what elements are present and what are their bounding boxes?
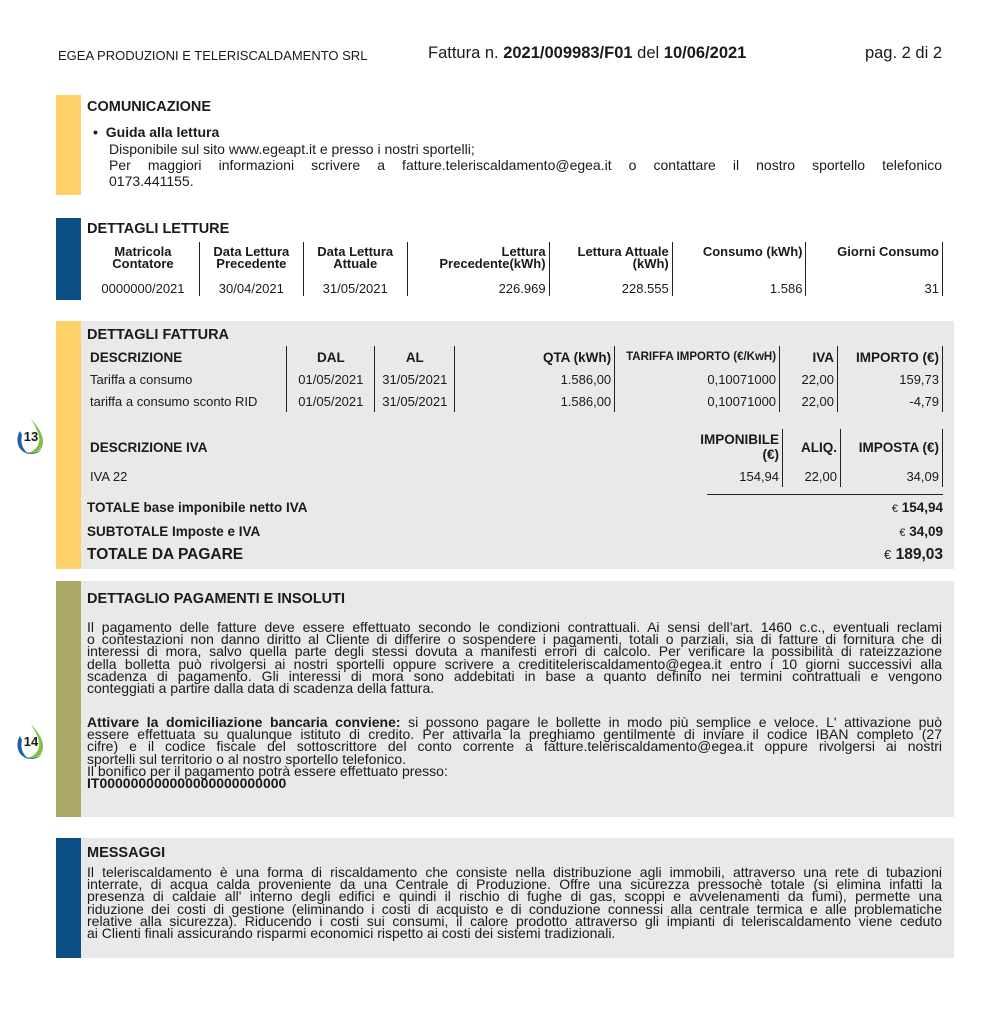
table-cell: 31/05/2021 xyxy=(375,368,455,390)
table-cell: 01/05/2021 xyxy=(287,368,375,390)
iban: IT000000000000000000000000 xyxy=(87,777,942,789)
table-cell: 31/05/2021 xyxy=(375,390,455,412)
badge-number: 14 xyxy=(14,734,48,749)
column-header: ALIQ. xyxy=(783,429,841,465)
section-color-bar xyxy=(56,218,81,300)
table-cell: 34,09 xyxy=(841,465,943,487)
direct-debit-paragraph: Attivare la domiciliazione bancaria conv… xyxy=(87,716,942,789)
table-row: tariffa a consumo sconto RID01/05/202131… xyxy=(87,390,943,412)
bullet-heading: • Guida alla lettura xyxy=(93,124,219,140)
table-cell: 0,10071000 xyxy=(615,368,780,390)
table-cell: 01/05/2021 xyxy=(287,390,375,412)
column-header-line: Precedente(kWh) xyxy=(411,258,546,270)
table-cell: 159,73 xyxy=(838,368,943,390)
table-cell: 1.586,00 xyxy=(455,390,615,412)
section-letture: DETTAGLI LETTURE MatricolaContatoreData … xyxy=(56,218,954,300)
table-cell: 31/05/2021 xyxy=(303,274,407,296)
paragraph-line: ai Clienti finali assicurando risparmi e… xyxy=(87,927,942,939)
section-title: MESSAGGI xyxy=(87,845,165,861)
payment-terms-paragraph: Il pagamento delle fatture deve essere e… xyxy=(87,621,942,694)
column-header: AL xyxy=(375,346,455,368)
section-title: DETTAGLI FATTURA xyxy=(87,327,229,343)
column-header-line: (kWh) xyxy=(553,258,669,270)
table-cell: IVA 22 xyxy=(87,465,678,487)
bullet-title: Guida alla lettura xyxy=(106,124,220,140)
paragraph-line: conteggiati a partire dalla data di scad… xyxy=(87,682,942,694)
column-header: IVA xyxy=(780,346,838,368)
page-number: pag. 2 di 2 xyxy=(865,44,942,63)
column-header: DESCRIZIONE IVA xyxy=(87,429,678,465)
info-line: Per maggiori informazioni scrivere a fat… xyxy=(109,157,942,173)
column-header-line: Contatore xyxy=(90,258,196,270)
column-header: IMPOSTA (€) xyxy=(841,429,943,465)
section-color-bar xyxy=(56,321,81,569)
totals-divider xyxy=(707,494,943,495)
column-header-line: Attuale xyxy=(307,258,404,270)
total-label: TOTALE xyxy=(87,500,140,515)
section-fattura: DETTAGLI FATTURA DESCRIZIONEDALALQTA (kW… xyxy=(56,321,954,569)
column-header: Lettura Attuale(kWh) xyxy=(549,242,672,274)
table-row: Tariffa a consumo01/05/202131/05/20211.5… xyxy=(87,368,943,390)
table-cell: 228.555 xyxy=(549,274,672,296)
section-title: COMUNICAZIONE xyxy=(87,99,211,115)
table-row: 0000000/202130/04/202131/05/2021226.9692… xyxy=(87,274,943,296)
badge-13-icon: 13 xyxy=(14,417,48,457)
currency-symbol: € xyxy=(892,503,898,515)
column-header-line: Precedente xyxy=(203,258,300,270)
column-header: Data LetturaPrecedente xyxy=(199,242,303,274)
table-cell: Tariffa a consumo xyxy=(87,368,287,390)
section-title: DETTAGLIO PAGAMENTI E INSOLUTI xyxy=(87,591,345,607)
currency-symbol: € xyxy=(884,547,891,562)
table-cell: -4,79 xyxy=(838,390,943,412)
column-header: QTA (kWh) xyxy=(455,346,615,368)
invoice-lines-table: DESCRIZIONEDALALQTA (kWh)TARIFFA IMPORTO… xyxy=(87,346,943,412)
invoice-number: 2021/009983/F01 xyxy=(503,44,632,62)
table-cell: 0,10071000 xyxy=(615,390,780,412)
column-header: IMPORTO (€) xyxy=(838,346,943,368)
column-header-line: Consumo (kWh) xyxy=(676,246,803,258)
section-comunicazione: COMUNICAZIONE • Guida alla lettura Dispo… xyxy=(56,95,954,195)
column-header-line: Giorni Consumo xyxy=(809,246,939,258)
table-cell: 226.969 xyxy=(407,274,549,296)
table-cell: tariffa a consumo sconto RID xyxy=(87,390,287,412)
table-cell: 22,00 xyxy=(780,390,838,412)
column-header: Giorni Consumo xyxy=(806,242,943,274)
invoice-del: del xyxy=(633,44,664,62)
vat-table: DESCRIZIONE IVAIMPONIBILE (€)ALIQ.IMPOST… xyxy=(87,429,943,487)
column-header: DESCRIZIONE xyxy=(87,346,287,368)
info-line: 0173.441155. xyxy=(109,173,942,189)
table-cell: 0000000/2021 xyxy=(87,274,199,296)
total-label: TOTALE DA PAGARE xyxy=(87,546,243,564)
total-value: 34,09 xyxy=(909,524,943,539)
total-label-rest: base imponibile netto IVA xyxy=(140,500,308,515)
section-color-bar xyxy=(56,838,81,958)
table-cell: 154,94 xyxy=(678,465,783,487)
invoice-date: 10/06/2021 xyxy=(664,44,747,62)
table-cell: 22,00 xyxy=(783,465,841,487)
info-line: Disponibile sul sito www.egeapt.it e pre… xyxy=(109,141,942,157)
column-header: TARIFFA IMPORTO (€/KwH) xyxy=(615,346,780,368)
table-cell: 1.586 xyxy=(672,274,806,296)
total-label: SUBTOTALE xyxy=(87,524,168,539)
section-color-bar xyxy=(56,95,81,195)
column-header: MatricolaContatore xyxy=(87,242,199,274)
total-value: 189,03 xyxy=(896,546,943,563)
invoice-prefix: Fattura n. xyxy=(428,44,503,62)
currency-symbol: € xyxy=(899,527,905,539)
column-header: IMPONIBILE (€) xyxy=(678,429,783,465)
table-cell: 31 xyxy=(806,274,943,296)
table-cell: 30/04/2021 xyxy=(199,274,303,296)
table-cell: 1.586,00 xyxy=(455,368,615,390)
total-value: 154,94 xyxy=(902,500,943,515)
company-name: EGEA PRODUZIONI E TELERISCALDAMENTO SRL xyxy=(58,48,367,63)
section-messaggi: MESSAGGI Il teleriscaldamento è una form… xyxy=(56,838,954,958)
column-header: LetturaPrecedente(kWh) xyxy=(407,242,549,274)
section-color-bar xyxy=(56,581,81,817)
invoice-title: Fattura n. 2021/009983/F01 del 10/06/202… xyxy=(428,44,746,63)
column-header: DAL xyxy=(287,346,375,368)
table-cell: 22,00 xyxy=(780,368,838,390)
page-header: EGEA PRODUZIONI E TELERISCALDAMENTO SRL … xyxy=(58,44,942,70)
messages-paragraph: Il teleriscaldamento è una forma di risc… xyxy=(87,866,942,939)
column-header: Consumo (kWh) xyxy=(672,242,806,274)
table-row: IVA 22154,9422,0034,09 xyxy=(87,465,943,487)
column-header: Data LetturaAttuale xyxy=(303,242,407,274)
readings-table: MatricolaContatoreData LetturaPrecedente… xyxy=(87,242,943,296)
badge-number: 13 xyxy=(14,429,48,444)
total-label-rest: Imposte e IVA xyxy=(168,524,260,539)
section-title: DETTAGLI LETTURE xyxy=(87,221,229,237)
badge-14-icon: 14 xyxy=(14,722,48,762)
section-pagamenti: DETTAGLIO PAGAMENTI E INSOLUTI Il pagame… xyxy=(56,581,954,817)
